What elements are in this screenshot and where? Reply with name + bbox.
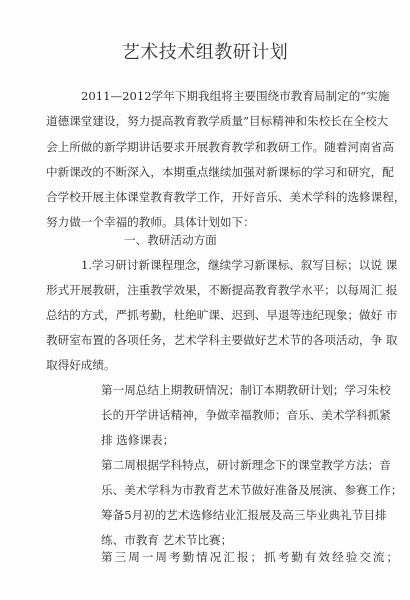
week-line: 第三周一周考勤情况汇报；抓考勤有效经验交流； <box>101 550 400 564</box>
week-line: 练、市教育 艺术节比赛； <box>101 533 232 547</box>
item-line: 总结的方式，严抓考勤，杜绝旷课、迟到、早退等违纪现象；做好 市 <box>46 308 398 322</box>
section-heading: 一、教研活动方面 <box>124 233 217 247</box>
document-title: 艺术技术组教研计划 <box>0 38 410 64</box>
item-line: 形式开展教研，注重教学效果，不断提高教育教学水平；以每周汇 报 <box>46 283 398 297</box>
item-line: 教研室布置的各项任务，艺术学科主要做好艺术节的各项活动，争 取 <box>46 333 398 347</box>
intro-line: 2011—2012学年下期我组将主要围绕市教育局制定的“实施 <box>81 89 389 103</box>
week-line: 筹备5月初的艺术选修结业汇报展及高三毕业典礼节目排 <box>101 508 387 522</box>
item-line: 1.学习研讨新课程理念，继续学习新课标、叙写目标；以说 课 <box>81 258 397 272</box>
week-line: 排 选修课表； <box>101 433 174 447</box>
document-page: 艺术技术组教研计划 2011—2012学年下期我组将主要围绕市教育局制定的“实施… <box>0 0 410 600</box>
intro-line: 会上所做的新学期讲话要求开展教育教学和教研工作。随着河南省高 <box>46 140 394 154</box>
week-line: 第二周根据学科特点，研讨新理念下的课堂教学方法；音 <box>101 458 391 472</box>
item-line: 取得好成绩。 <box>46 358 116 372</box>
intro-line: 合学校开展主体课堂教育教学工作，开好音乐、美术学科的选修课程， <box>46 190 405 204</box>
intro-line: 努力做一个幸福的教师。具体计划如下： <box>46 215 255 229</box>
intro-line: 中新课改的不断深入，本期重点继续加强对新课标的学习和研究，配 <box>46 165 394 179</box>
week-line: 乐、美术学科为市教育艺术节做好准备及展演、参赛工作； <box>101 483 402 497</box>
week-line: 第一周总结上期教研情况；制订本期教研计划；学习朱校 <box>101 383 391 397</box>
week-line: 长的开学讲话精神，争做幸福教师；音乐、美术学科抓紧 <box>101 408 391 422</box>
intro-line: 道德课堂建设，努力提高教育教学质量”目标精神和朱校长在全校大 <box>46 114 388 128</box>
